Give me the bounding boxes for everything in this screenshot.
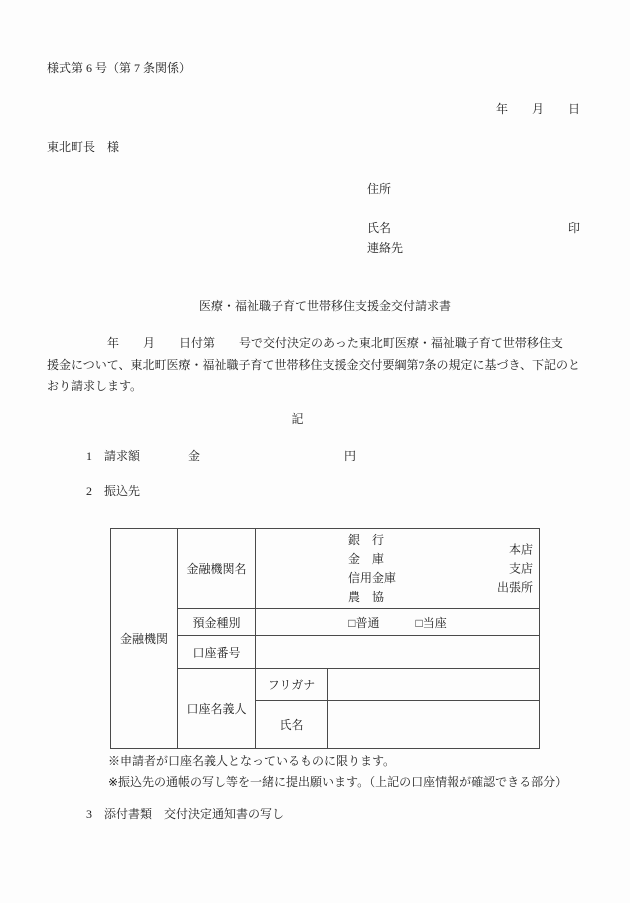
table-notes: ※申請者が口座名義人となっているものに限ります。 ※振込先の通帳の写し等を一緒に… xyxy=(108,751,567,792)
item-claim-amount: 1 請求額 金 円 xyxy=(86,449,356,464)
item-transfer-destination: 2 振込先 xyxy=(86,484,140,499)
bank-table-row-header: 金融機関 xyxy=(111,529,178,749)
applicant-address-label: 住所 xyxy=(367,182,391,197)
institution-name-cell: 銀 行 金 庫 信用金庫 農 協 本店 支店 出張所 xyxy=(256,529,540,609)
applicant-name-label: 氏名 xyxy=(367,221,391,236)
holder-name-cell xyxy=(328,701,540,749)
applicant-contact-label: 連絡先 xyxy=(367,241,403,256)
bank-account-table: 金融機関 金融機関名 銀 行 金 庫 信用金庫 農 協 本店 支店 出張所 預金… xyxy=(110,528,540,749)
form-number: 様式第 6 号（第 7 条関係） xyxy=(47,61,191,76)
furigana-cell xyxy=(328,669,540,701)
institution-office-options: 本店 支店 出張所 xyxy=(497,540,533,597)
deposit-type-label: 預金種別 xyxy=(178,609,256,636)
account-number-cell xyxy=(256,636,540,669)
section-marker: 記 xyxy=(0,412,595,427)
institution-type-options: 銀 行 金 庫 信用金庫 農 協 xyxy=(348,531,396,607)
document-page: 様式第 6 号（第 7 条関係） 年 月 日 東北町長 様 住所 氏名 印 連絡… xyxy=(0,0,630,903)
document-title: 医療・福祉職子育て世帯移住支援金交付請求書 xyxy=(20,299,630,314)
institution-name-label: 金融機関名 xyxy=(178,529,256,609)
furigana-label: フリガナ xyxy=(256,669,328,701)
seal-label: 印 xyxy=(568,221,580,236)
account-number-label: 口座番号 xyxy=(178,636,256,669)
account-holder-label: 口座名義人 xyxy=(178,669,256,749)
body-paragraph: 年 月 日付第 号で交付決定のあった東北町医療・福祉職子育て世帯移住支 援金につ… xyxy=(47,333,592,398)
deposit-type-options: □普通 □当座 xyxy=(256,609,540,636)
item-attached-documents: 3 添付書類 交付決定通知書の写し xyxy=(86,807,284,822)
date-line: 年 月 日 xyxy=(496,102,580,117)
holder-name-label: 氏名 xyxy=(256,701,328,749)
addressee: 東北町長 様 xyxy=(47,140,119,155)
